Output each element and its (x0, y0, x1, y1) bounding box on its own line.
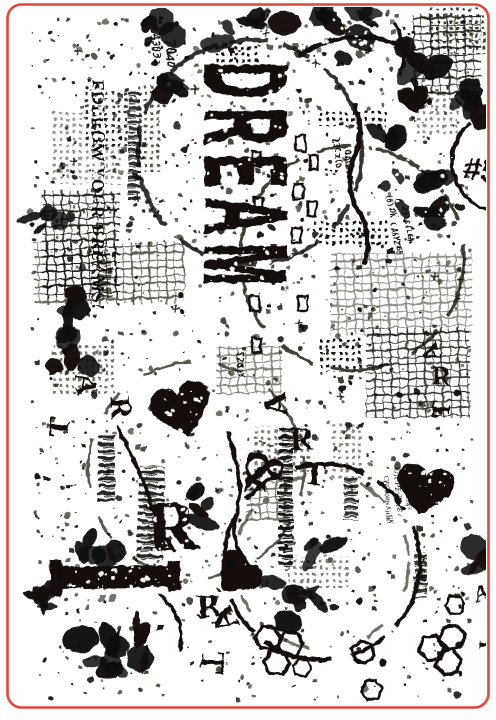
ladder-strip (344, 476, 358, 520)
dot-patch (428, 8, 486, 54)
dot-patch (50, 112, 122, 184)
ladder-strip (98, 434, 115, 502)
stamp-collage-canvas: DREAM FOLLOW YOUR DREAMS! #5 ART ART ART… (0, 0, 496, 720)
number-badge-text: #5 (461, 149, 496, 190)
dot-patch (316, 108, 386, 126)
dream-text: DREAM (181, 62, 309, 295)
micro-text: 2D16 (417, 554, 427, 574)
dot-patch (320, 336, 364, 372)
dot-patch (288, 556, 352, 588)
stamp-artwork-page: DREAM FOLLOW YOUR DREAMS! #5 ART ART ART… (0, 0, 496, 720)
crosshatch-patch (330, 253, 472, 335)
